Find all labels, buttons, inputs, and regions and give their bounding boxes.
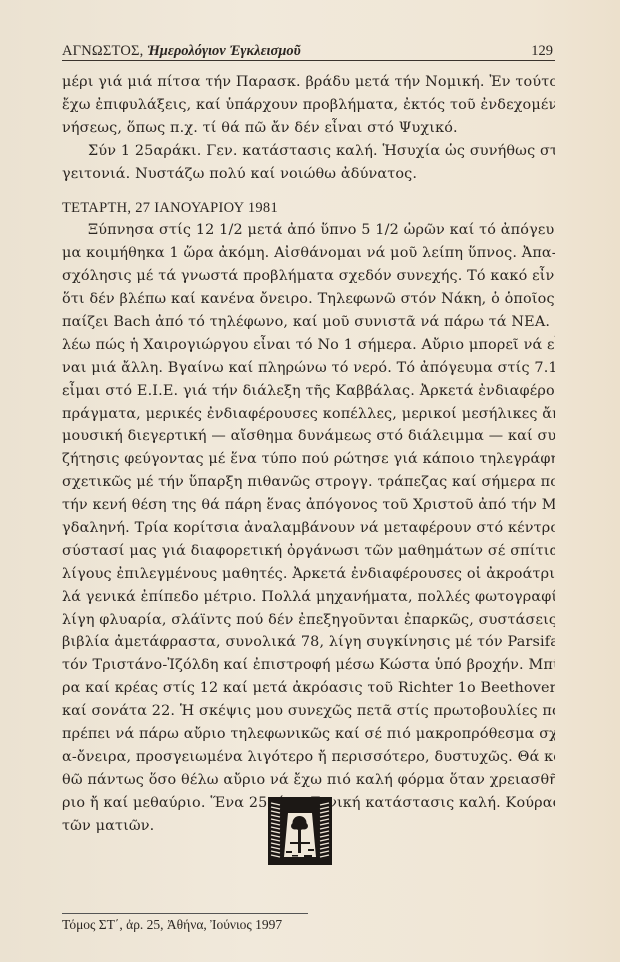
text-line: νήσεως, ὅπως π.χ. τί θά πῶ ἄν δέν εἶναι … (62, 117, 555, 140)
text-line: τόν Τριστάνο-Ἰζόλδη καί ἐπιστροφή μέσω Κ… (62, 654, 555, 677)
diary-entry: Ξύπνησα στίς 12 1/2 μετά ἀπό ὕπνο 5 1/2 … (62, 219, 555, 837)
text-line: μουσική διεγερτική — αἴσθημα δυνάμεως στ… (62, 425, 555, 448)
text-line: μέρι γιά μιά πίτσα τήν Παρασκ. βράδυ μετ… (62, 71, 555, 94)
text-line: πρέπει νά πάρω αὔριο τηλεφωνικῶς καί σέ … (62, 723, 555, 746)
text-line: γδαληνή. Τρία κορίτσια ἀναλαμβάνουν νά μ… (62, 517, 555, 540)
text-line: θῶ πάντως ὅσο θέλω αὔριο νά ἔχω πιό καλή… (62, 769, 555, 792)
text-line: ναι μιά ἄλλη. Βγαίνω καί πληρώνω τό νερό… (62, 357, 555, 380)
text-line: σχετικῶς μέ τήν ὕπαρξη πιθανῶς στρογγ. τ… (62, 471, 555, 494)
text-line: σχόλησις μέ τά γνωστά προβλήματα σχεδόν … (62, 265, 555, 288)
text-line: ζήτησις φεύγοντας μέ ἕνα τύπο πού ρώτησε… (62, 448, 555, 471)
text-line: ὅτι δέν βλέπω καί κανένα ὄνειρο. Τηλεφων… (62, 288, 555, 311)
paragraph-status: Σύν 1 25αράκι. Γεν. κατάστασις καλή. Ἡσυ… (62, 140, 555, 186)
text-line: καί σονάτα 22. Ἡ σκέψις μου συνεχῶς πετᾶ… (62, 700, 555, 723)
text-line: λίγη φλυαρία, σλάϊντς πού δέν ἐπεξηγοῦντ… (62, 609, 555, 632)
text-line: τήν κενή θέση της θά πάρη ἕνας ἀπόγονος … (62, 494, 555, 517)
publisher-emblem-tree-in-doorway-icon (268, 797, 332, 865)
page-number: 129 (531, 43, 555, 60)
text-line: ρα καί κρέας στίς 12 καί μετά ἀκρόασις τ… (62, 677, 555, 700)
text-line: α-ὄνειρα, προσγειωμένα λιγότερο ἤ περισσ… (62, 746, 555, 769)
text-line: βιβλία ἀμετάφραστα, συνολικά 78, λίγη συ… (62, 631, 555, 654)
text-line: λίγους ἐπιλεγμένους μαθητές. Ἀρκετά ἐνδι… (62, 563, 555, 586)
text-line: πράγματα, μερικές ἐνδιαφέρουσες κοπέλλες… (62, 403, 555, 426)
running-head: ΑΓΝΩΣΤΟΣ, Ἡμερολόγιον Ἐγκλεισμοῦ 129 (62, 38, 555, 61)
text-line: Σύν 1 25αράκι. Γεν. κατάστασις καλή. Ἡσυ… (62, 140, 555, 163)
header-author: ΑΓΝΩΣΤΟΣ, (62, 43, 143, 59)
footer-divider (62, 913, 308, 914)
text-line: εἶμαι στό Ε.Ι.Ε. γιά τήν διάλεξη τῆς Καβ… (62, 380, 555, 403)
entry-date-heading: ΤΕΤΑΡΤΗ, 27 ΙΑΝΟΥΑΡΙΟΥ 1981 (62, 197, 555, 219)
header-work-title: Ἡμερολόγιον Ἐγκλεισμοῦ (147, 43, 301, 59)
text-line: Ξύπνησα στίς 12 1/2 μετά ἀπό ὕπνο 5 1/2 … (62, 219, 555, 242)
header-title: ΑΓΝΩΣΤΟΣ, Ἡμερολόγιον Ἐγκλεισμοῦ (62, 43, 301, 60)
footer-citation: Τόμος ΣΤ΄, ἀρ. 25, Ἀθήνα, Ἰούνιος 1997 (62, 917, 282, 933)
text-line: σύστασί μας γιά διαφορετική ὀργάνωσι τῶν… (62, 540, 555, 563)
text-line: παίζει Bach ἀπό τό τηλέφωνο, καί μοῦ συν… (62, 311, 555, 334)
body-text: μέρι γιά μιά πίτσα τήν Παρασκ. βράδυ μετ… (62, 71, 555, 838)
text-line: γειτονιά. Νυστάζω πολύ καί νοιώθω ἀδύνατ… (62, 163, 555, 186)
text-line: ἔχω ἐπιφυλάξεις, καί ὑπάρχουν προβλήματα… (62, 94, 555, 117)
text-line: λέω πώς ἡ Χαιρογιώργου εἶναι τό Νο 1 σήμ… (62, 334, 555, 357)
text-line: μα κοιμήθηκα 1 ὥρα ἀκόμη. Αἰσθάνομαι νά … (62, 242, 555, 265)
paragraph-continuation: μέρι γιά μιά πίτσα τήν Παρασκ. βράδυ μετ… (62, 71, 555, 140)
text-line: λά γενικά ἐπίπεδο μέτριο. Πολλά μηχανήμα… (62, 586, 555, 609)
